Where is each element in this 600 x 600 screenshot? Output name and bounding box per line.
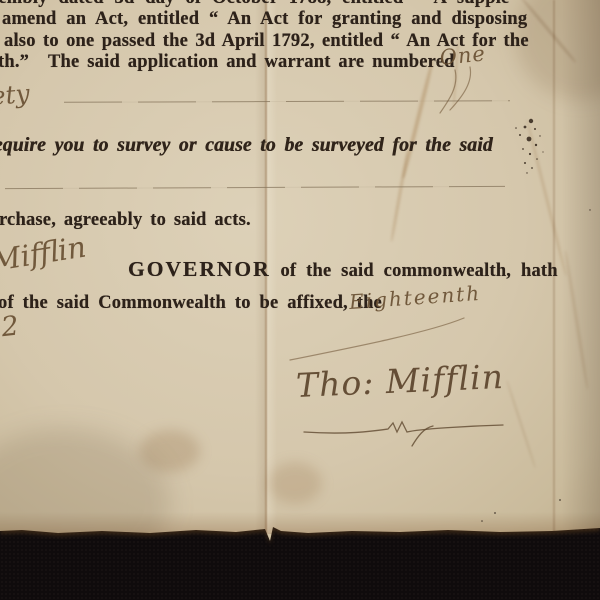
document-paper: Assembly dated 3d day of October 1788, e… [0,0,600,545]
paper-mottling [140,430,200,472]
paper-wrap: Assembly dated 3d day of October 1788, e… [0,0,600,600]
flourish-eighteenth-tail [290,318,464,360]
right-edge-shadow [562,0,600,534]
printed-line-require-survey: require you to survey or cause to be sur… [0,135,493,157]
handwritten-governor-surname: Mifflin [0,229,88,278]
bottom-edge-browning [0,512,600,534]
stain-streak [506,380,536,468]
printed-line-assembly: Assembly dated 3d day of October 1788, e… [0,0,516,9]
printed-word-governor: GOVERNOR [128,257,271,281]
paper-mottling [268,462,322,504]
printed-line-purchase: purchase, agreeably to said acts. [0,210,251,231]
printed-line-governor: GOVERNOR of the said commonwealth, hath [128,257,558,282]
printed-line-warrant-numbered: The said application and warrant are num… [48,52,455,73]
signature-tho-mifflin: Tho: Mifflin [295,357,504,405]
handwritten-day-word: Eighteenth [348,281,482,314]
printed-line-affixed: of the said Commonwealth to be affixed, … [0,293,382,314]
handwritten-warrant-number: One [438,41,486,70]
signature-underline-flourish [304,422,503,433]
photo-of-document: Assembly dated 3d day of October 1788, e… [0,0,600,600]
signature-flourish-tail [412,426,433,446]
printed-line-amend-act: amend an Act, entitled “ An Act for gran… [2,9,527,30]
blank-line-rule [64,100,510,103]
printed-governor-rest: of the said commonwealth, hath [280,261,557,281]
stain-streak [390,150,409,241]
printed-fragment-th: th.” [0,52,29,73]
handwritten-year-fragment: 92 [0,311,20,345]
handwritten-left-fragment: ety [0,79,31,111]
